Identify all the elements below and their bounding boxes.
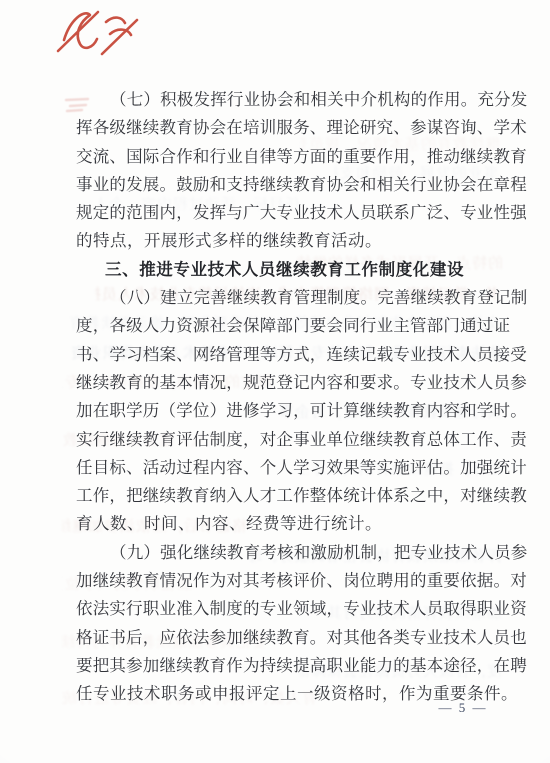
document-line: 格证书后，应依法参加继续教育。对其他各类专业技术人员也 <box>76 624 499 652</box>
document-line: （九）强化继续教育考核和激励机制，把专业技术人员参 <box>76 539 499 567</box>
document-line: 加继续教育情况作为对其考核评价、岗位聘用的重要依据。对 <box>76 567 499 595</box>
document-line: 的特点，开展形式多样的继续教育活动。 <box>76 227 499 255</box>
document-line: 度，各级人力资源社会保障部门要会同行业主管部门通过证 <box>76 312 499 340</box>
document-line: 育人数、时间、内容、经费等进行统计。 <box>76 510 499 538</box>
document-line: 任目标、活动过程内容、个人学习效果等实施评估。加强统计 <box>76 454 499 482</box>
document-line: （八）建立完善继续教育管理制度。完善继续教育登记制 <box>76 284 499 312</box>
document-line: （七）积极发挥行业协会和相关中介机构的作用。充分发 <box>76 86 499 114</box>
document-body: （七）积极发挥行业协会和相关中介机构的作用。充分发挥各级继续教育协会在培训服务、… <box>76 86 499 709</box>
document-line: 要把其参加继续教育作为持续提高职业能力的基本途径，在聘 <box>76 652 499 680</box>
document-line: 工作，把继续教育纳入人才工作整体统计体系之中，对继续教 <box>76 482 499 510</box>
document-line: 继续教育的基本情况，规范登记内容和要求。专业技术人员参 <box>76 369 499 397</box>
document-line: 书、学习档案、网络管理等方式，连续记载专业技术人员接受 <box>76 341 499 369</box>
document-line: 交流、国际合作和行业自律等方面的重要作用，推动继续教育 <box>76 143 499 171</box>
document-line: 规定的范围内，发挥与广大专业技术人员联系广泛、专业性强 <box>76 199 499 227</box>
red-pen-annotation <box>40 0 140 64</box>
document-line: 事业的发展。鼓励和支持继续教育协会和相关行业协会在章程 <box>76 171 499 199</box>
document-line: 实行继续教育评估制度，对企事业单位继续教育总体工作、责 <box>76 426 499 454</box>
document-line: 加在职学历（学位）进修学习，可计算继续教育内容和学时。 <box>76 397 499 425</box>
document-line: 依法实行职业准入制度的专业领域，专业技术人员取得职业资 <box>76 595 499 623</box>
document-line: 三、推进专业技术人员继续教育工作制度化建设 <box>76 256 499 284</box>
document-line: 挥各级继续教育协会在培训服务、理论研究、参谋咨询、学术 <box>76 114 499 142</box>
page-number: — 5 — <box>438 700 488 716</box>
document-line: 任专业技术职务或申报评定上一级资格时，作为重要条件。 <box>76 680 499 708</box>
scanned-document-page: 继续教育的基本情况，规范登记内容和要求。专业技术人员参事业的发展。鼓励和支持继续… <box>0 0 550 763</box>
